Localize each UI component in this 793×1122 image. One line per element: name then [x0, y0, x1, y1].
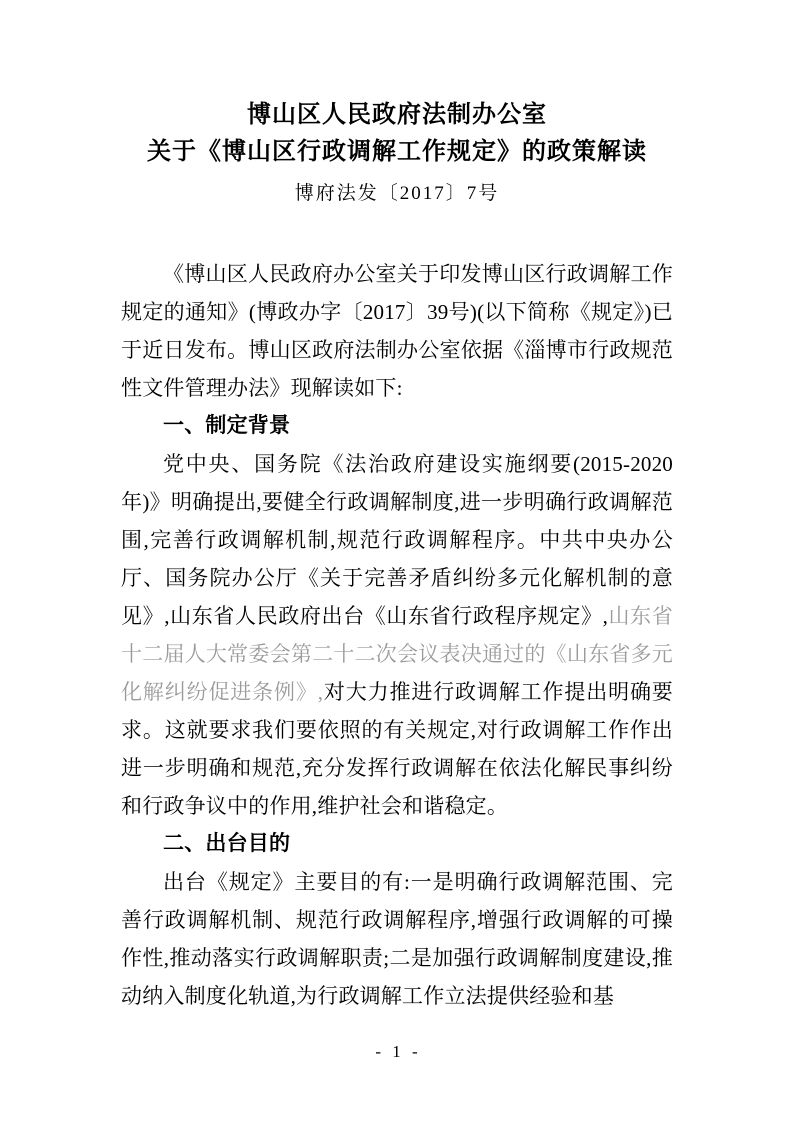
paragraph-purpose: 出台《规定》主要目的有:一是明确行政调解范围、完善行政调解机制、规范行政调解程序…: [121, 863, 673, 1015]
paragraph-intro: 《博山区人民政府办公室关于印发博山区行政调解工作规定的通知》(博政办字〔2017…: [121, 255, 673, 407]
section-heading-1: 一、制定背景: [121, 407, 673, 445]
document-body: 《博山区人民政府办公室关于印发博山区行政调解工作规定的通知》(博政办字〔2017…: [121, 255, 673, 1015]
doc-number: 博府法发〔2017〕7号: [121, 179, 673, 209]
doc-title-line1: 博山区人民政府法制办公室: [121, 96, 673, 133]
document-page: 博山区人民政府法制办公室 关于《博山区行政调解工作规定》的政策解读 博府法发〔2…: [0, 0, 793, 1122]
page-number: - 1 -: [0, 1041, 793, 1063]
paragraph-background-text-1: 党中央、国务院《法治政府建设实施纲要(2015-2020年)》明确提出,要健全行…: [121, 452, 673, 628]
document-content: 博山区人民政府法制办公室 关于《博山区行政调解工作规定》的政策解读 博府法发〔2…: [121, 96, 673, 1015]
doc-title-line2: 关于《博山区行政调解工作规定》的政策解读: [121, 133, 673, 170]
section-heading-2: 二、出台目的: [121, 825, 673, 863]
paragraph-background: 党中央、国务院《法治政府建设实施纲要(2015-2020年)》明确提出,要健全行…: [121, 445, 673, 825]
